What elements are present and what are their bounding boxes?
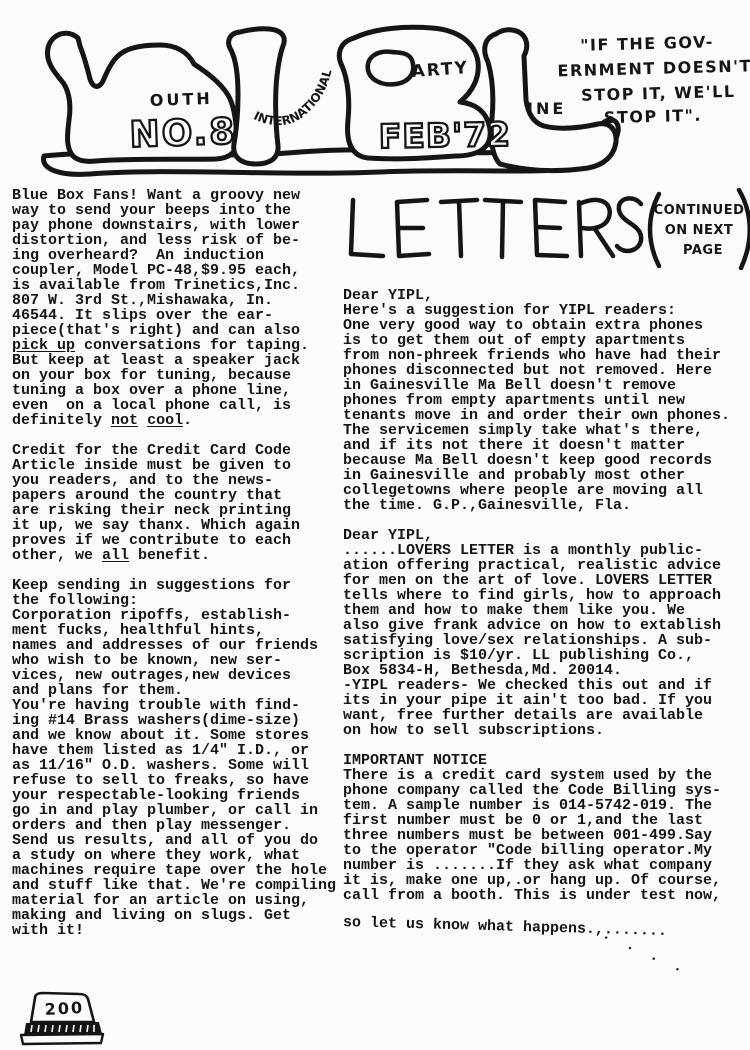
text-line: names and addresses of our friends <box>12 638 342 653</box>
page-number-typewriter-icon: 200 <box>14 990 110 1048</box>
text-line: Here's a suggestion for YIPL readers: <box>343 303 745 318</box>
text-line: machines require tape over the hole <box>12 863 342 878</box>
text-line: scription is $10/yr. LL publishing Co., <box>343 648 745 663</box>
continued-note: CONTINUED ON NEXT PAGE <box>654 203 745 258</box>
text-line: number is .......If they ask what compan… <box>343 858 745 873</box>
text-line: a study on where they work, what <box>12 848 342 863</box>
text-line: You're having trouble with find- <box>12 698 342 713</box>
text-line: making and living on slugs. Get <box>12 908 342 923</box>
text-line: proves if we contribute to each <box>12 533 342 548</box>
text-line: and stuff like that. We're compiling <box>12 878 342 893</box>
text-line: vices, new outrages,new devices <box>12 668 342 683</box>
letters-title: LETTERS CONTINUED ON NEXT PAGE <box>343 186 750 278</box>
text-line: ment fucks, healthful hints, <box>12 623 342 638</box>
text-line: from non-phreek friends who have had the… <box>343 348 745 363</box>
logo-letter-i <box>229 29 285 164</box>
text-line: go in and play plumber, or call in <box>12 803 342 818</box>
newsletter-page: YIPL OUTH NO.8 INTERNATIONAL ARTY FEB'72… <box>0 0 750 1050</box>
text-line: pay phone downstairs, with lower <box>12 218 342 233</box>
text-line: Article inside must be given to <box>12 458 342 473</box>
text-line: have them listed as 1/4" I.D., or <box>12 743 342 758</box>
letter-gainesville: Dear YIPL,Here's a suggestion for YIPL r… <box>343 288 745 513</box>
text-line: also give frank advice on how to extabli… <box>343 618 745 633</box>
text-line: are risking their neck printing <box>12 503 342 518</box>
text-line: collegetowns where people are moving all <box>343 483 745 498</box>
masthead-logo: YIPL OUTH NO.8 INTERNATIONAL ARTY FEB'72… <box>0 0 750 185</box>
text-line: is available from Trinetics,Inc. <box>12 278 342 293</box>
text-line: its in your pipe it ain't too bad. If yo… <box>343 693 745 708</box>
text-line: ation offering practical, realistic advi… <box>343 558 745 573</box>
text-line: tuning a box over a phone line, <box>12 383 342 398</box>
text-line: IMPORTANT NOTICE <box>343 753 745 768</box>
masthead-issue-number: NO.8 <box>129 111 237 156</box>
svg-text:ERNMENT DOESN'T: ERNMENT DOESN'T <box>557 56 750 80</box>
text-line: refuse to sell to freaks, so have <box>12 773 342 788</box>
text-line: satisfying love/sex relationships. A sub… <box>343 633 745 648</box>
text-line: 807 W. 3rd St.,Mishawaka, In. <box>12 293 342 308</box>
text-line: on your box for tuning, because <box>12 368 342 383</box>
text-line: want, free further details are available <box>343 708 745 723</box>
text-line: The servicemen simply take what's there, <box>343 423 745 438</box>
text-line: is to get them out of empty apartments <box>343 333 745 348</box>
masthead-youth-suffix: OUTH <box>149 89 213 110</box>
page-number: 200 <box>44 998 84 1019</box>
text-line: on how to sell subscriptions. <box>343 723 745 738</box>
svg-text:CONTINUED: CONTINUED <box>654 203 745 218</box>
continued-paren-right <box>739 190 750 268</box>
text-line: tenants move in and order their own phon… <box>343 408 745 423</box>
text-line: in Gainesville Ma Bell doesn't remove <box>343 378 745 393</box>
text-line: Send us results, and all of you do <box>12 833 342 848</box>
text-line: your respectable-looking friends <box>12 788 342 803</box>
typewriter-base <box>21 1034 103 1044</box>
paragraph-blue-box: Blue Box Fans! Want a groovy newway to s… <box>12 188 342 428</box>
text-line: -YIPL readers- We checked this out and i… <box>343 678 745 693</box>
text-line: Dear YIPL, <box>343 528 745 543</box>
masthead-quote: "IF THE GOV- ERNMENT DOESN'T STOP IT, WE… <box>557 31 750 128</box>
text-line: phones disconnected but not removed. Her… <box>343 363 745 378</box>
masthead-date: FEB'72 <box>378 115 511 156</box>
svg-text:PAGE: PAGE <box>683 243 723 258</box>
text-line: distortion, and less risk of be- <box>12 233 342 248</box>
text-line: phones from empty apartments until new <box>343 393 745 408</box>
text-line: Dear YIPL, <box>343 288 745 303</box>
text-line: other, we all benefit. <box>12 548 342 563</box>
text-line: because Ma Bell doesn't keep good record… <box>343 453 745 468</box>
letter-lovers-letter: Dear YIPL,......LOVERS LETTER is a month… <box>343 528 745 738</box>
masthead-party-suffix: ARTY <box>411 58 470 82</box>
text-line: Blue Box Fans! Want a groovy new <box>12 188 342 203</box>
text-line: you readers, and to the news- <box>12 473 342 488</box>
text-line: as 11/16" O.D. washers. Some will <box>12 758 342 773</box>
text-line: ing #14 Brass washers(dime-size) <box>12 713 342 728</box>
text-line: phone company called the Code Billing sy… <box>343 783 745 798</box>
text-line: Keep sending in suggestions for <box>12 578 342 593</box>
text-line: orders and then play messenger. <box>12 818 342 833</box>
text-line: Box 5834-H, Bethesda,Md. 20014. <box>343 663 745 678</box>
text-line: But keep at least a speaker jack <box>12 353 342 368</box>
text-line: definitely not cool. <box>12 413 342 428</box>
text-line: the following: <box>12 593 342 608</box>
text-line: with it! <box>12 923 342 938</box>
text-line: tells where to find girls, how to approa… <box>343 588 745 603</box>
text-line: them and how to make them like you. We <box>343 603 745 618</box>
text-line: in Gainesville and probably most other <box>343 468 745 483</box>
text-line: the time. G.P.,Gainesville, Fla. <box>343 498 745 513</box>
text-line: papers around the country that <box>12 488 342 503</box>
text-line: to the operator "Code billing operator.M… <box>343 843 745 858</box>
svg-text:ON NEXT: ON NEXT <box>665 223 734 238</box>
text-line: Corporation ripoffs, establish- <box>12 608 342 623</box>
text-line: and plans for them. <box>12 683 342 698</box>
left-column: Blue Box Fans! Want a groovy newway to s… <box>12 188 342 953</box>
text-line: way to send your beeps into the <box>12 203 342 218</box>
text-line: One very good way to obtain extra phones <box>343 318 745 333</box>
svg-text:STOP IT, WE'LL: STOP IT, WE'LL <box>581 82 736 105</box>
masthead-line-suffix: INE <box>527 99 566 118</box>
svg-text:STOP IT".: STOP IT". <box>604 106 703 128</box>
paragraph-suggestions: Keep sending in suggestions forthe follo… <box>12 578 342 938</box>
svg-text:"IF THE GOV-: "IF THE GOV- <box>580 32 714 54</box>
text-line: for men on the art of love. LOVERS LETTE… <box>343 573 745 588</box>
text-line: material for an article on using, <box>12 893 342 908</box>
right-column: Dear YIPL,Here's a suggestion for YIPL r… <box>343 288 745 918</box>
paragraph-credit: Credit for the Credit Card CodeArticle i… <box>12 443 342 563</box>
text-line: pick up conversations for taping. <box>12 338 342 353</box>
text-line: 46544. It slips over the ear- <box>12 308 342 323</box>
text-line: Credit for the Credit Card Code <box>12 443 342 458</box>
text-line: call from a booth. This is under test no… <box>343 888 745 903</box>
important-notice: IMPORTANT NOTICEThere is a credit card s… <box>343 753 745 903</box>
text-line: it up, we say thanx. Which again <box>12 518 342 533</box>
text-line: ing overheard? An induction <box>12 248 342 263</box>
text-line: tem. A sample number is 014-5742-019. Th… <box>343 798 745 813</box>
text-line: who wish to be known, new ser- <box>12 653 342 668</box>
text-line: and we know about it. Some stores <box>12 728 342 743</box>
text-line: piece(that's right) and can also <box>12 323 342 338</box>
text-line: There is a credit card system used by th… <box>343 768 745 783</box>
text-line: ......LOVERS LETTER is a monthly public- <box>343 543 745 558</box>
text-line: coupler, Model PC-48,$9.95 each, <box>12 263 342 278</box>
text-line: and if its not there it doesn't matter <box>343 438 745 453</box>
text-line: three numbers must be between 001-499.Sa… <box>343 828 745 843</box>
text-line: first number must be 0 or 1,and the last <box>343 813 745 828</box>
text-line: it is, make one up,.or hang up. Of cours… <box>343 873 745 888</box>
text-line: even on a local phone call, is <box>12 398 342 413</box>
